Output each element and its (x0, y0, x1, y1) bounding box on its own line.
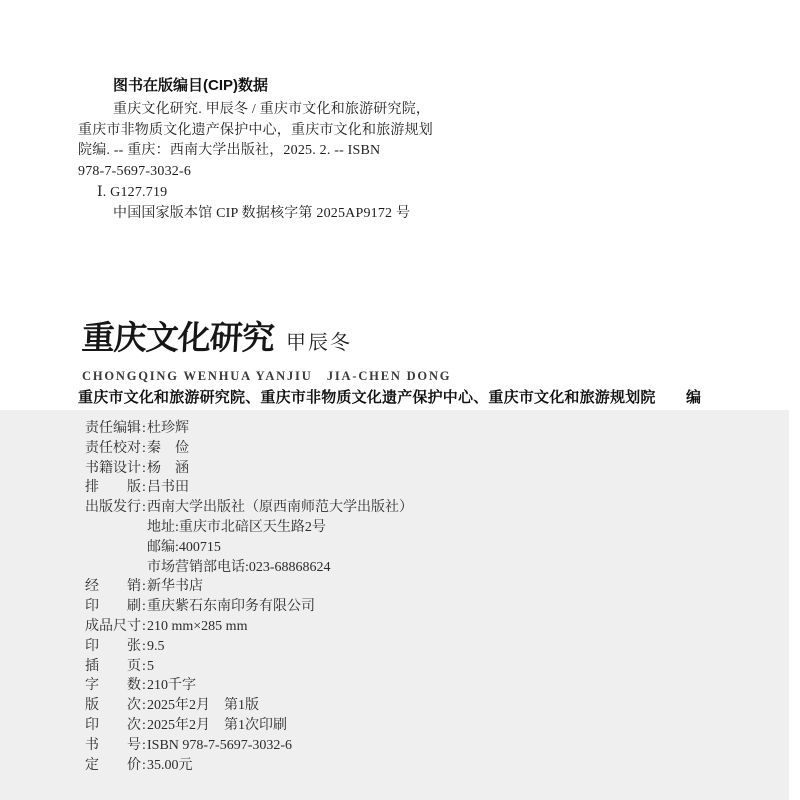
row-label: 书 号 (85, 736, 142, 756)
row-value: 地址:重庆市北碚区天生路2号 (147, 520, 326, 535)
row-label: 责任编辑 (85, 419, 142, 439)
colophon-row-printer: 印 刷:重庆紫石东南印务有限公司 (85, 597, 789, 617)
row-value: 35.00元 (147, 758, 193, 773)
cip-line-isbn: 978-7-5697-3032-6 (78, 162, 473, 183)
row-label: 排 版 (85, 478, 142, 498)
cip-header: 图书在版编目(CIP)数据 (113, 76, 473, 97)
row-value: 5 (147, 659, 154, 674)
colophon-row-edition: 版 次:2025年2月 第1版 (85, 696, 789, 716)
row-label: 书籍设计 (85, 459, 142, 479)
colophon-row-printing: 印 次:2025年2月 第1次印刷 (85, 716, 789, 736)
row-value: 杜珍辉 (147, 421, 189, 436)
colophon-row-proofreader: 责任校对:秦 俭 (85, 439, 789, 459)
colophon-row-publisher: 出版发行:西南大学出版社（原西南师范大学出版社） (85, 498, 789, 518)
row-value: 2025年2月 第1版 (147, 698, 259, 713)
colophon-panel: 责任编辑:杜珍辉 责任校对:秦 俭 书籍设计:杨 涵 排 版:吕书田 出版发行:… (0, 410, 789, 800)
row-label: 责任校对 (85, 439, 142, 459)
colophon-row-word-count: 字 数:210千字 (85, 676, 789, 696)
colophon-row-inserts: 插 页:5 (85, 657, 789, 677)
row-label: 经 销 (85, 577, 142, 597)
colophon-row-printed-sheets: 印 张:9.5 (85, 637, 789, 657)
row-label: 印 张 (85, 637, 142, 657)
row-label: 成品尺寸 (85, 617, 142, 637)
colophon-row-marketing-phone: 市场营销部电话:023-68868624 (85, 558, 789, 578)
row-label: 版 次 (85, 696, 142, 716)
colophon-row-typesetting: 排 版:吕书田 (85, 478, 789, 498)
cip-line-classification: Ⅰ. G127.719 (78, 183, 473, 204)
colophon-row-trim-size: 成品尺寸:210 mm×285 mm (85, 617, 789, 637)
book-title-calligraphy: 重庆文化研究 (81, 312, 275, 359)
row-value: 秦 俭 (147, 441, 189, 456)
row-value: 杨 涵 (147, 461, 189, 476)
cip-line: 院编. -- 重庆：西南大学出版社，2025. 2. -- ISBN (78, 141, 473, 162)
row-value: 210 mm×285 mm (147, 619, 247, 634)
book-title-row: 重庆文化研究 甲辰冬 (82, 312, 451, 359)
row-value: 西南大学出版社（原西南师范大学出版社） (147, 500, 413, 515)
colophon-row-book-design: 书籍设计:杨 涵 (85, 459, 789, 479)
cip-line: 重庆市非物质文化遗产保护中心，重庆市文化和旅游规划 (78, 121, 473, 142)
row-value: 2025年2月 第1次印刷 (147, 718, 287, 733)
copyright-page: 图书在版编目(CIP)数据 重庆文化研究. 甲辰冬 / 重庆市文化和旅游研究院，… (0, 0, 800, 800)
row-label: 插 页 (85, 657, 142, 677)
row-label: 出版发行 (85, 498, 142, 518)
editors-line: 重庆市文化和旅游研究院、重庆市非物质文化遗产保护中心、重庆市文化和旅游规划院 编 (78, 386, 701, 407)
row-label: 定 价 (85, 756, 142, 776)
colophon-rows: 责任编辑:杜珍辉 责任校对:秦 俭 书籍设计:杨 涵 排 版:吕书田 出版发行:… (0, 410, 789, 775)
colophon-row-distribution: 经 销:新华书店 (85, 577, 789, 597)
cip-block: 图书在版编目(CIP)数据 重庆文化研究. 甲辰冬 / 重庆市文化和旅游研究院，… (78, 76, 473, 225)
row-label: 印 刷 (85, 597, 142, 617)
row-value: 吕书田 (147, 480, 189, 495)
cip-line-record-number: 中国国家版本馆 CIP 数据核字第 2025AP9172 号 (78, 204, 473, 225)
row-value: 重庆紫石东南印务有限公司 (147, 599, 315, 614)
colophon-row-postcode: 邮编:400715 (85, 538, 789, 558)
book-title-pinyin: CHONGQING WENHUA YANJIU JIA-CHEN DONG (82, 366, 451, 384)
colophon-row-price: 定 价:35.00元 (85, 756, 789, 776)
colophon-row-isbn: 书 号:ISBN 978-7-5697-3032-6 (85, 736, 789, 756)
row-label: 印 次 (85, 716, 142, 736)
row-label: 字 数 (85, 676, 142, 696)
book-title-block: 重庆文化研究 甲辰冬 CHONGQING WENHUA YANJIU JIA-C… (82, 312, 451, 384)
row-value: 210千字 (147, 678, 196, 693)
colophon-row-editor: 责任编辑:杜珍辉 (85, 419, 789, 439)
colophon-row-address: 地址:重庆市北碚区天生路2号 (85, 518, 789, 538)
row-value: 9.5 (147, 639, 165, 654)
row-value: 市场营销部电话:023-68868624 (147, 560, 331, 575)
row-value: 新华书店 (147, 579, 203, 594)
row-value: ISBN 978-7-5697-3032-6 (147, 738, 292, 753)
row-value: 邮编:400715 (147, 540, 221, 555)
cip-line: 重庆文化研究. 甲辰冬 / 重庆市文化和旅游研究院， (78, 100, 473, 121)
book-subtitle: 甲辰冬 (286, 326, 352, 355)
